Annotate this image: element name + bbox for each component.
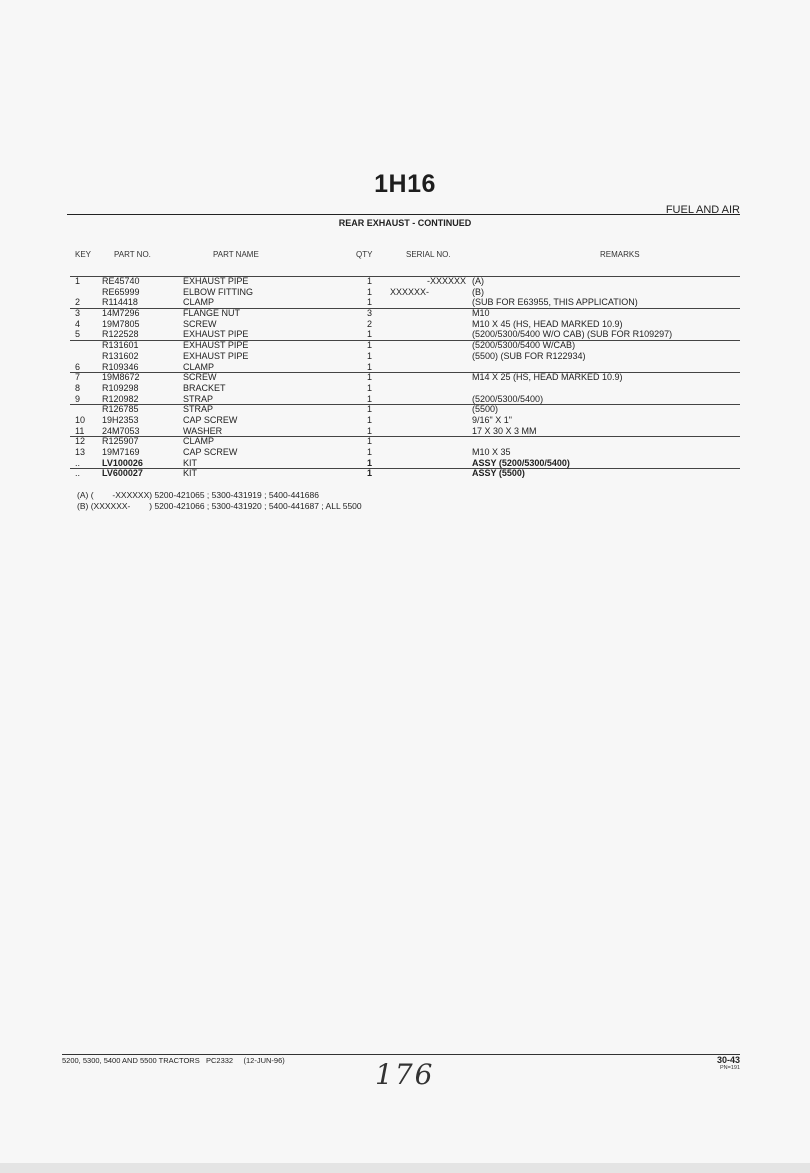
part-number-cell: R109346: [102, 362, 139, 373]
table-row: RE65999ELBOW FITTING1XXXXXX-(B): [0, 287, 810, 298]
remarks-cell: M14 X 25 (HS, HEAD MARKED 10.9): [472, 372, 623, 383]
remarks-cell: (SUB FOR E63955, THIS APPLICATION): [472, 297, 638, 308]
part-number-cell: 24M7053: [102, 426, 140, 437]
qty-cell: 1: [367, 436, 372, 447]
qty-cell: 1: [367, 426, 372, 437]
qty-cell: 1: [367, 287, 372, 298]
part-name-cell: KIT: [183, 468, 197, 479]
serial-notes: (A) ( -XXXXXX) 5200-421065 ; 5300-431919…: [77, 490, 362, 512]
col-part-name: PART NAME: [213, 250, 259, 259]
part-number-cell: 19M8672: [102, 372, 140, 383]
part-name-cell: ELBOW FITTING: [183, 287, 253, 298]
key-cell: 5: [75, 329, 80, 340]
remarks-cell: M10 X 45 (HS, HEAD MARKED 10.9): [472, 319, 623, 330]
qty-cell: 1: [367, 351, 372, 362]
table-row: ..LV100026KIT1ASSY (5200/5300/5400): [0, 458, 810, 469]
qty-cell: 1: [367, 340, 372, 351]
part-number-cell: 14M7296: [102, 308, 140, 319]
key-cell: 6: [75, 362, 80, 373]
part-name-cell: SCREW: [183, 372, 217, 383]
part-name-cell: WASHER: [183, 426, 222, 437]
key-cell: 1: [75, 276, 80, 287]
table-row: R131602EXHAUST PIPE1(5500) (SUB FOR R122…: [0, 351, 810, 362]
remarks-cell: (5200/5300/5400 W/O CAB) (SUB FOR R10929…: [472, 329, 672, 340]
part-number-cell: LV600027: [102, 468, 143, 479]
qty-cell: 2: [367, 319, 372, 330]
part-number-cell: R131602: [102, 351, 139, 362]
remarks-cell: ASSY (5500): [472, 468, 525, 479]
remarks-cell: (5500) (SUB FOR R122934): [472, 351, 586, 362]
table-row: 9R120982STRAP1(5200/5300/5400): [0, 394, 810, 405]
section-code: 1H16: [0, 170, 810, 199]
table-row: 1RE45740EXHAUST PIPE1-XXXXXX(A): [0, 276, 810, 287]
key-cell: 8: [75, 383, 80, 394]
part-name-cell: KIT: [183, 458, 197, 469]
qty-cell: 1: [367, 415, 372, 426]
footer-model-info: 5200, 5300, 5400 AND 5500 TRACTORS PC233…: [62, 1056, 285, 1065]
part-number-cell: RE65999: [102, 287, 140, 298]
key-cell: 4: [75, 319, 80, 330]
key-cell: 2: [75, 297, 80, 308]
qty-cell: 1: [367, 372, 372, 383]
part-number-cell: R109298: [102, 383, 139, 394]
part-name-cell: STRAP: [183, 404, 213, 415]
pn-number: PN=191: [720, 1065, 740, 1071]
scan-edge: [0, 1163, 810, 1173]
part-name-cell: BRACKET: [183, 383, 226, 394]
remarks-cell: M10 X 35: [472, 447, 511, 458]
col-remarks: REMARKS: [600, 250, 640, 259]
part-number-cell: R120982: [102, 394, 139, 405]
part-number-cell: R126785: [102, 404, 139, 415]
key-cell: 11: [75, 426, 84, 437]
remarks-cell: (5500): [472, 404, 498, 415]
col-qty: QTY: [356, 250, 372, 259]
part-name-cell: STRAP: [183, 394, 213, 405]
col-serial-no: SERIAL NO.: [406, 250, 451, 259]
key-cell: 3: [75, 308, 80, 319]
qty-cell: 1: [367, 276, 372, 287]
qty-cell: 1: [367, 394, 372, 405]
handwritten-page-number: 176: [375, 1058, 434, 1091]
key-cell: 7: [75, 372, 80, 383]
qty-cell: 1: [367, 329, 372, 340]
section-subtitle: REAR EXHAUST - CONTINUED: [0, 218, 810, 228]
part-number-cell: RE45740: [102, 276, 140, 287]
table-row: ..LV600027KIT1ASSY (5500): [0, 468, 810, 479]
col-key: KEY: [75, 250, 91, 259]
part-number-cell: LV100026: [102, 458, 143, 469]
page-number: 30-43: [717, 1055, 740, 1065]
table-row: 6R109346CLAMP1: [0, 362, 810, 373]
part-number-cell: 19M7805: [102, 319, 140, 330]
part-name-cell: EXHAUST PIPE: [183, 340, 248, 351]
header-rule: [67, 214, 740, 215]
part-name-cell: EXHAUST PIPE: [183, 351, 248, 362]
key-cell: ..: [75, 468, 80, 479]
table-row: 12R125907CLAMP1: [0, 436, 810, 447]
remarks-cell: (B): [472, 287, 484, 298]
remarks-cell: 9/16" X 1": [472, 415, 512, 426]
qty-cell: 1: [367, 404, 372, 415]
parts-table: 1RE45740EXHAUST PIPE1-XXXXXX(A)RE65999EL…: [0, 276, 810, 479]
part-name-cell: SCREW: [183, 319, 217, 330]
table-row: R126785STRAP1(5500): [0, 404, 810, 415]
part-number-cell: 19H2353: [102, 415, 139, 426]
remarks-cell: 17 X 30 X 3 MM: [472, 426, 537, 437]
table-row: 5R122528EXHAUST PIPE1(5200/5300/5400 W/O…: [0, 329, 810, 340]
part-number-cell: R125907: [102, 436, 139, 447]
qty-cell: 1: [367, 383, 372, 394]
key-cell: ..: [75, 458, 80, 469]
part-name-cell: CLAMP: [183, 297, 214, 308]
part-name-cell: FLANGE NUT: [183, 308, 240, 319]
remarks-cell: ASSY (5200/5300/5400): [472, 458, 570, 469]
table-row: 719M8672SCREW1M14 X 25 (HS, HEAD MARKED …: [0, 372, 810, 383]
remarks-cell: (5200/5300/5400): [472, 394, 543, 405]
key-cell: 10: [75, 415, 85, 426]
table-row: 2R114418CLAMP1(SUB FOR E63955, THIS APPL…: [0, 297, 810, 308]
serial-cell: XXXXXX-: [390, 287, 466, 298]
part-number-cell: R122528: [102, 329, 139, 340]
qty-cell: 1: [367, 297, 372, 308]
remarks-cell: (5200/5300/5400 W/CAB): [472, 340, 575, 351]
table-row: 1019H2353CAP SCREW19/16" X 1": [0, 415, 810, 426]
table-row: 1319M7169CAP SCREW1M10 X 35: [0, 447, 810, 458]
qty-cell: 1: [367, 468, 372, 479]
note-b: (B) (XXXXXX- ) 5200-421066 ; 5300-431920…: [77, 501, 362, 512]
qty-cell: 1: [367, 447, 372, 458]
part-number-cell: 19M7169: [102, 447, 140, 458]
qty-cell: 1: [367, 458, 372, 469]
part-name-cell: EXHAUST PIPE: [183, 276, 248, 287]
col-part-no: PART NO.: [114, 250, 151, 259]
qty-cell: 1: [367, 362, 372, 373]
table-row: 419M7805SCREW2M10 X 45 (HS, HEAD MARKED …: [0, 319, 810, 330]
part-name-cell: CAP SCREW: [183, 415, 237, 426]
table-row: R131601EXHAUST PIPE1(5200/5300/5400 W/CA…: [0, 340, 810, 351]
part-name-cell: CLAMP: [183, 362, 214, 373]
table-row: 314M7296FLANGE NUT3M10: [0, 308, 810, 319]
part-number-cell: R114418: [102, 297, 138, 308]
qty-cell: 3: [367, 308, 372, 319]
remarks-cell: (A): [472, 276, 484, 287]
footer-rule: [62, 1054, 740, 1055]
key-cell: 13: [75, 447, 85, 458]
part-number-cell: R131601: [102, 340, 139, 351]
key-cell: 9: [75, 394, 80, 405]
part-name-cell: EXHAUST PIPE: [183, 329, 248, 340]
serial-cell: -XXXXXX: [390, 276, 466, 287]
table-row: 1124M7053WASHER117 X 30 X 3 MM: [0, 426, 810, 437]
remarks-cell: M10: [472, 308, 490, 319]
note-a: (A) ( -XXXXXX) 5200-421065 ; 5300-431919…: [77, 490, 362, 501]
key-cell: 12: [75, 436, 85, 447]
part-name-cell: CAP SCREW: [183, 447, 237, 458]
table-row: 8R109298BRACKET1: [0, 383, 810, 394]
part-name-cell: CLAMP: [183, 436, 214, 447]
